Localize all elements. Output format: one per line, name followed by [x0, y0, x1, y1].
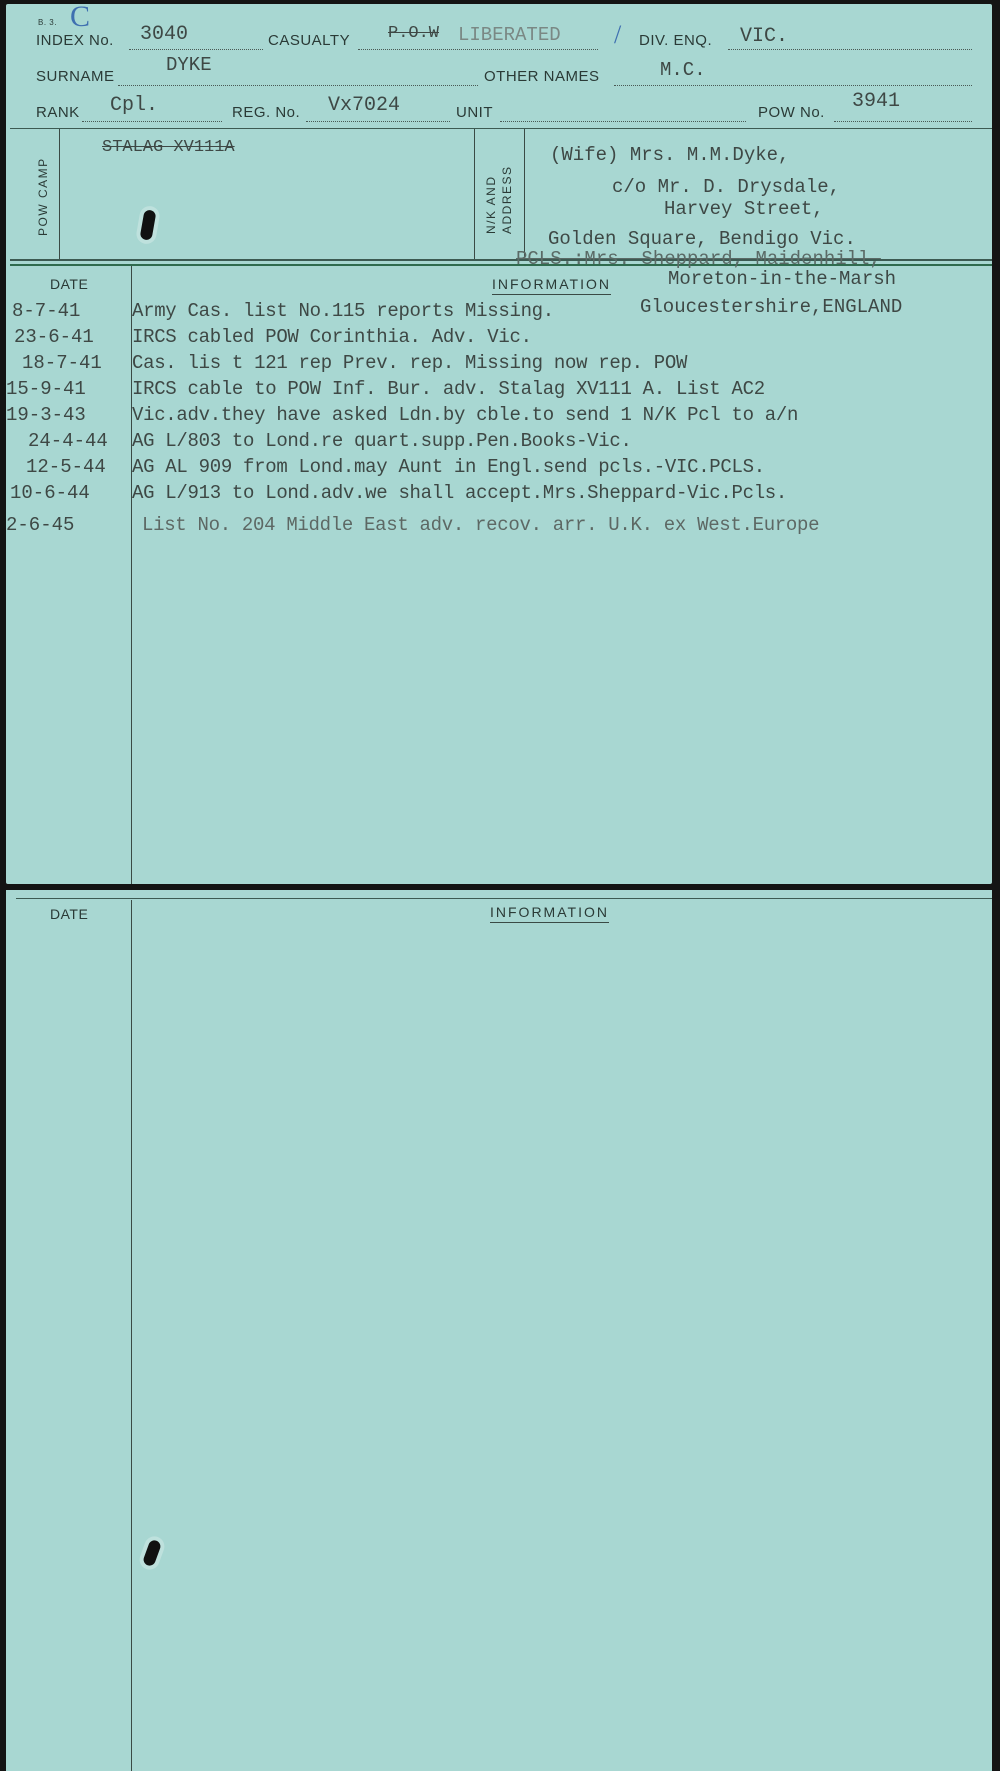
- nk-address-line: (Wife) Mrs. M.M.Dyke,: [550, 144, 789, 166]
- other-names-label: OTHER NAMES: [484, 68, 600, 85]
- nk-address-line: Golden Square, Bendigo Vic.: [548, 228, 856, 250]
- date-column-header: DATE: [50, 276, 88, 292]
- handwritten-mark: C: [70, 0, 90, 34]
- log-entry-date: 24-4-44: [28, 430, 108, 452]
- log-entry-info: IRCS cable to POW Inf. Bur. adv. Stalag …: [132, 378, 765, 400]
- surname-value: DYKE: [166, 54, 212, 76]
- back-date-column-header: DATE: [50, 906, 88, 922]
- casualty-struck: P.O.W: [388, 24, 439, 43]
- back-information-column-header: INFORMATION: [490, 904, 609, 923]
- surname-label: SURNAME: [36, 68, 115, 85]
- log-entry-info: List No. 204 Middle East adv. recov. arr…: [142, 514, 819, 536]
- pow-camp-label: POW CAMP: [36, 157, 50, 236]
- div-enq-value: VIC.: [740, 25, 788, 48]
- log-entry-date: 2-6-45: [6, 514, 74, 536]
- nk-address-line: Harvey Street,: [664, 198, 824, 220]
- reg-no-value: Vx7024: [328, 94, 400, 117]
- nk-address-line: c/o Mr. D. Drysdale,: [612, 176, 840, 198]
- parcels-struck: PCLS.:Mrs. Sheppard, Maidenhill,: [516, 248, 881, 270]
- index-value: 3040: [140, 23, 188, 46]
- log-entry-info: AG L/803 to Lond.re quart.supp.Pen.Books…: [132, 430, 632, 452]
- pow-no-value: 3941: [852, 90, 900, 113]
- rank-value: Cpl.: [110, 94, 158, 117]
- punch-hole: [142, 1539, 162, 1568]
- log-entry-info: AG AL 909 from Lond.may Aunt in Engl.sen…: [132, 456, 765, 478]
- index-label: INDEX No.: [36, 32, 114, 49]
- log-entry-info: Army Cas. list No.115 reports Missing.: [132, 300, 554, 322]
- other-names-value: M.C.: [660, 59, 706, 81]
- casualty-label: CASUALTY: [268, 32, 350, 49]
- log-entry-date: 15-9-41: [6, 378, 86, 400]
- log-entry-info: AG L/913 to Lond.adv.we shall accept.Mrs…: [132, 482, 787, 504]
- parcels-address-line: Gloucestershire,ENGLAND: [640, 296, 902, 318]
- log-entry-date: 23-6-41: [14, 326, 94, 348]
- pow-no-label: POW No.: [758, 104, 825, 121]
- log-entry-date: 8-7-41: [12, 300, 80, 322]
- div-enq-label: DIV. ENQ.: [639, 32, 712, 49]
- record-card-back: DATE INFORMATION: [6, 890, 992, 1771]
- rank-label: RANK: [36, 104, 80, 121]
- casualty-tick: /: [614, 20, 621, 50]
- log-entry-date: 18-7-41: [22, 352, 102, 374]
- log-entry-info: IRCS cabled POW Corinthia. Adv. Vic.: [132, 326, 532, 348]
- form-code: B. 3.: [38, 18, 57, 27]
- reg-no-label: REG. No.: [232, 104, 300, 121]
- nk-label-line1: N/K AND: [484, 175, 498, 234]
- nk-label-line2: ADDRESS: [500, 165, 514, 234]
- log-entry-date: 12-5-44: [26, 456, 106, 478]
- log-entry-date: 19-3-43: [6, 404, 86, 426]
- log-entry-date: 10-6-44: [10, 482, 90, 504]
- record-card-front: B. 3. C INDEX No. 3040 CASUALTY P.O.W LI…: [6, 4, 992, 884]
- unit-label: UNIT: [456, 104, 493, 121]
- parcels-address-line: Moreton-in-the-Marsh: [668, 268, 896, 290]
- log-entry-info: Cas. lis t 121 rep Prev. rep. Missing no…: [132, 352, 687, 374]
- log-entry-info: Vic.adv.they have asked Ldn.by cble.to s…: [132, 404, 798, 426]
- information-column-header: INFORMATION: [492, 276, 611, 295]
- pow-camp-value: STALAG XV111A: [102, 138, 235, 157]
- casualty-value: LIBERATED: [458, 24, 561, 46]
- punch-hole: [139, 209, 156, 241]
